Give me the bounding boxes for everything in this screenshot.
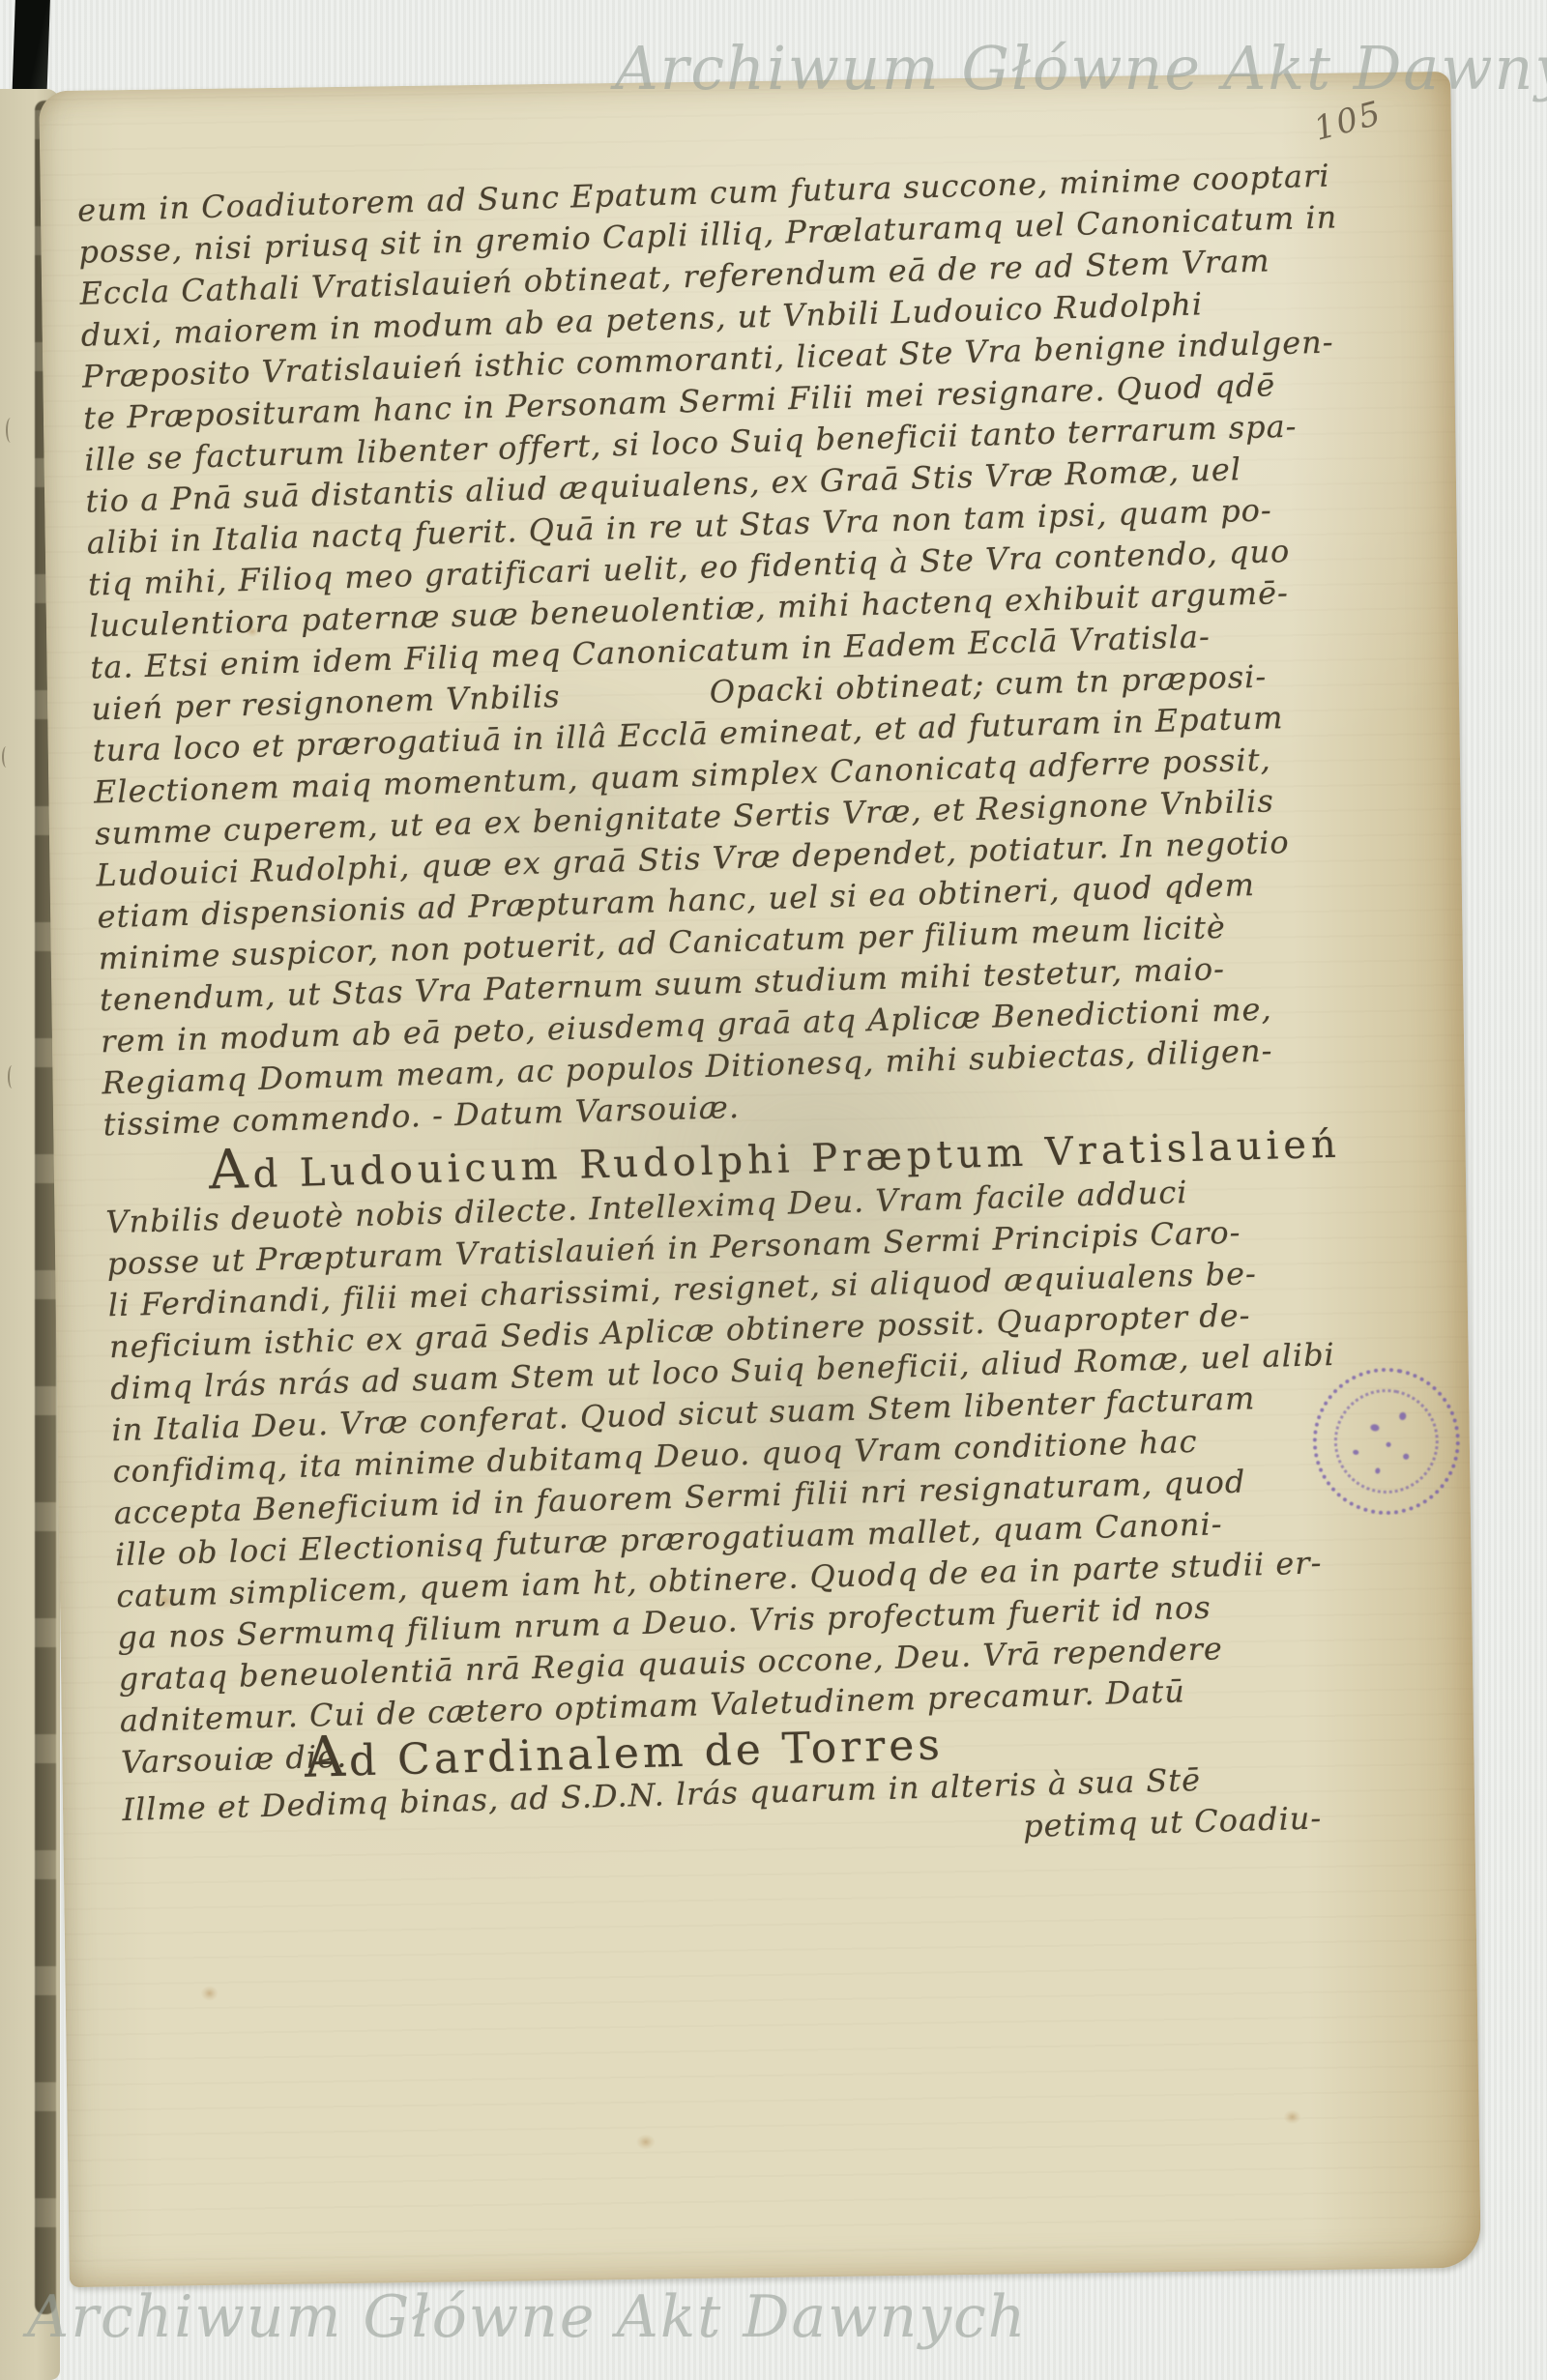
manuscript-text: eum in Coadiutorem ad Sunc Epatum cum fu… [77,155,1439,1873]
scan-background: 105 eum in Coadiutorem ad Sunc Epatum cu… [0,0,1547,2380]
facing-page-ink-fragment [2,746,11,768]
letter-2-body: Vnbilis deuotè nobis dilecte. Intellexim… [105,1166,1436,1785]
letter-1-body: eum in Coadiutorem ad Sunc Epatum cum fu… [77,155,1418,1147]
foxing-spot [201,1986,219,2001]
manuscript-page: 105 eum in Coadiutorem ad Sunc Epatum cu… [39,72,1481,2287]
facing-page-ink-fragment [8,1065,16,1088]
archive-watermark-bottom: Archiwum Główne Akt Dawnych [27,2283,1027,2351]
folio-number: 105 [1310,94,1386,149]
foxing-spot [1283,2109,1300,2124]
facing-page-ink-fragment [6,418,15,443]
foxing-spot [636,2134,656,2150]
